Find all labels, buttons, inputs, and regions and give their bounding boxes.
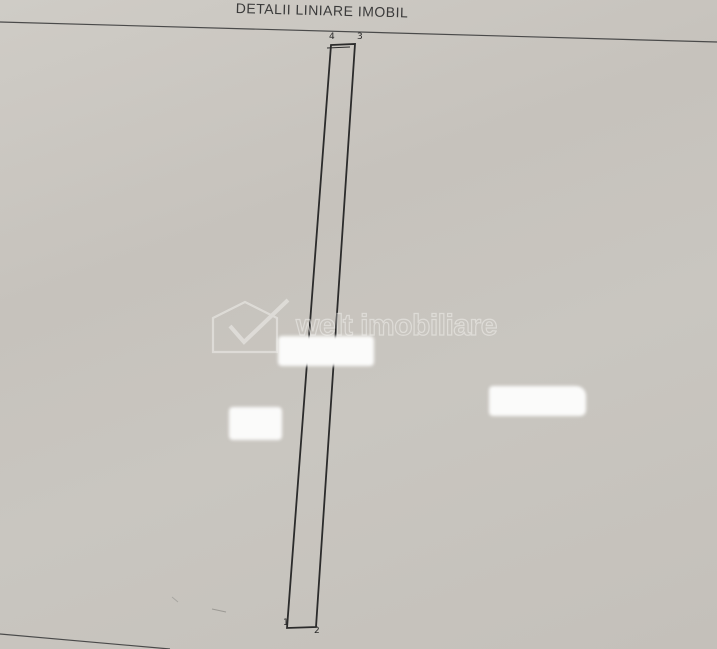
redacted-label [489,386,586,416]
vertex-label-4: 4 [329,32,335,42]
redacted-label [278,336,374,366]
bottom-rule [0,634,170,649]
scratch-mark [172,597,178,602]
vertex-label-3: 3 [357,32,363,42]
vertex-label-2: 2 [314,626,320,636]
vertex-label-1: 1 [283,618,289,628]
scratch-mark [212,609,226,612]
redacted-label [229,407,282,440]
